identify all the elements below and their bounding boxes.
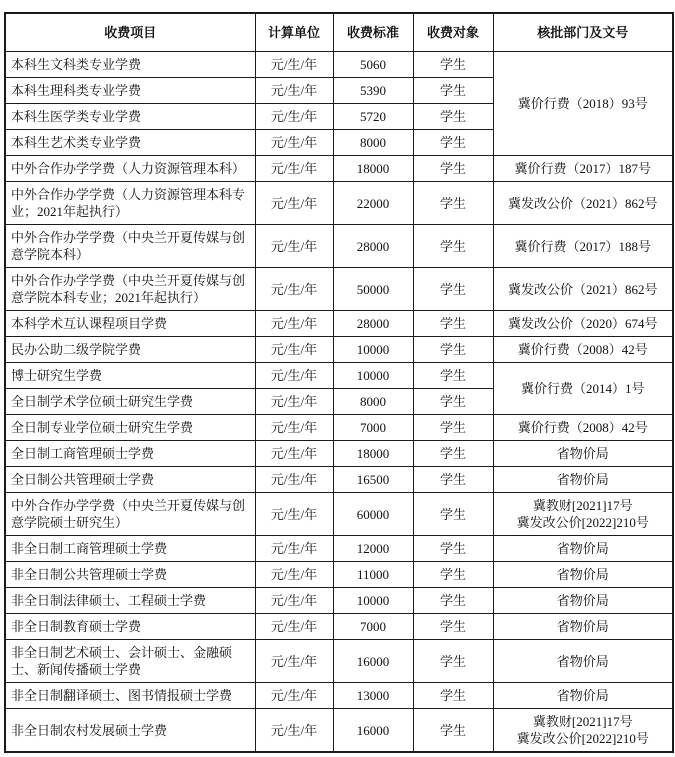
cell-approval: 冀发改公价（2020）674号 xyxy=(493,311,673,337)
cell-target: 学生 xyxy=(413,415,493,441)
cell-standard: 10000 xyxy=(333,588,413,614)
cell-approval: 省物价局 xyxy=(493,562,673,588)
cell-unit: 元/生/年 xyxy=(255,52,333,78)
cell-standard: 5720 xyxy=(333,104,413,130)
cell-standard: 11000 xyxy=(333,562,413,588)
cell-standard: 10000 xyxy=(333,363,413,389)
cell-target: 学生 xyxy=(413,156,493,182)
cell-target: 学生 xyxy=(413,182,493,225)
cell-unit: 元/生/年 xyxy=(255,709,333,753)
table-row: 非全日制法律硕士、工程硕士学费元/生/年10000学生省物价局 xyxy=(5,588,673,614)
cell-item: 本科生医学类专业学费 xyxy=(5,104,255,130)
cell-target: 学生 xyxy=(413,562,493,588)
cell-approval: 冀价行费（2008）42号 xyxy=(493,337,673,363)
cell-target: 学生 xyxy=(413,311,493,337)
cell-item: 本科学术互认课程项目学费 xyxy=(5,311,255,337)
cell-target: 学生 xyxy=(413,363,493,389)
cell-approval: 冀价行费（2008）42号 xyxy=(493,415,673,441)
cell-target: 学生 xyxy=(413,640,493,683)
cell-standard: 28000 xyxy=(333,311,413,337)
cell-unit: 元/生/年 xyxy=(255,363,333,389)
cell-target: 学生 xyxy=(413,493,493,536)
column-header-standard: 收费标准 xyxy=(333,13,413,52)
column-header-unit: 计算单位 xyxy=(255,13,333,52)
cell-target: 学生 xyxy=(413,78,493,104)
cell-item: 本科生文科类专业学费 xyxy=(5,52,255,78)
cell-target: 学生 xyxy=(413,52,493,78)
cell-item: 非全日制法律硕士、工程硕士学费 xyxy=(5,588,255,614)
cell-item: 博士研究生学费 xyxy=(5,363,255,389)
cell-item: 中外合作办学学费（中央兰开夏传媒与创意学院本科专业；2021年起执行） xyxy=(5,268,255,311)
cell-unit: 元/生/年 xyxy=(255,588,333,614)
cell-item: 非全日制教育硕士学费 xyxy=(5,614,255,640)
cell-unit: 元/生/年 xyxy=(255,156,333,182)
cell-item: 本科生理科类专业学费 xyxy=(5,78,255,104)
cell-target: 学生 xyxy=(413,130,493,156)
cell-unit: 元/生/年 xyxy=(255,337,333,363)
table-row: 中外合作办学学费（中央兰开夏传媒与创意学院本科专业；2021年起执行）元/生/年… xyxy=(5,268,673,311)
cell-target: 学生 xyxy=(413,588,493,614)
table-row: 全日制工商管理硕士学费元/生/年18000学生省物价局 xyxy=(5,441,673,467)
cell-unit: 元/生/年 xyxy=(255,536,333,562)
cell-target: 学生 xyxy=(413,614,493,640)
table-row: 非全日制工商管理硕士学费元/生/年12000学生省物价局 xyxy=(5,536,673,562)
cell-item: 全日制专业学位硕士研究生学费 xyxy=(5,415,255,441)
cell-standard: 5390 xyxy=(333,78,413,104)
cell-unit: 元/生/年 xyxy=(255,389,333,415)
table-row: 非全日制翻译硕士、图书情报硕士学费元/生/年13000学生省物价局 xyxy=(5,683,673,709)
cell-unit: 元/生/年 xyxy=(255,640,333,683)
header-row: 收费项目 计算单位 收费标准 收费对象 核批部门及文号 xyxy=(5,13,673,52)
cell-target: 学生 xyxy=(413,225,493,268)
cell-item: 非全日制翻译硕士、图书情报硕士学费 xyxy=(5,683,255,709)
cell-approval: 省物价局 xyxy=(493,536,673,562)
cell-unit: 元/生/年 xyxy=(255,78,333,104)
cell-standard: 60000 xyxy=(333,493,413,536)
column-header-target: 收费对象 xyxy=(413,13,493,52)
cell-standard: 8000 xyxy=(333,389,413,415)
cell-item: 中外合作办学学费（中央兰开夏传媒与创意学院本科） xyxy=(5,225,255,268)
cell-approval: 冀发改公价（2021）862号 xyxy=(493,268,673,311)
fee-table-header: 收费项目 计算单位 收费标准 收费对象 核批部门及文号 xyxy=(5,13,673,52)
column-header-item: 收费项目 xyxy=(5,13,255,52)
cell-item: 全日制公共管理硕士学费 xyxy=(5,467,255,493)
cell-unit: 元/生/年 xyxy=(255,225,333,268)
table-row: 非全日制农村发展硕士学费元/生/年16000学生冀教财[2021]17号 冀发改… xyxy=(5,709,673,753)
table-row: 中外合作办学学费（中央兰开夏传媒与创意学院硕士研究生）元/生/年60000学生冀… xyxy=(5,493,673,536)
cell-standard: 13000 xyxy=(333,683,413,709)
table-row: 非全日制艺术硕士、会计硕士、金融硕士、新闻传播硕士学费元/生/年16000学生省… xyxy=(5,640,673,683)
cell-unit: 元/生/年 xyxy=(255,493,333,536)
cell-target: 学生 xyxy=(413,683,493,709)
cell-approval: 省物价局 xyxy=(493,640,673,683)
cell-unit: 元/生/年 xyxy=(255,441,333,467)
cell-item: 中外合作办学学费（人力资源管理本科专业；2021年起执行） xyxy=(5,182,255,225)
cell-approval: 冀发改公价（2021）862号 xyxy=(493,182,673,225)
cell-item: 中外合作办学学费（人力资源管理本科） xyxy=(5,156,255,182)
cell-unit: 元/生/年 xyxy=(255,130,333,156)
cell-standard: 50000 xyxy=(333,268,413,311)
cell-standard: 7000 xyxy=(333,415,413,441)
cell-target: 学生 xyxy=(413,536,493,562)
table-row: 本科生文科类专业学费元/生/年5060学生冀价行费（2018）93号 xyxy=(5,52,673,78)
table-row: 本科学术互认课程项目学费元/生/年28000学生冀发改公价（2020）674号 xyxy=(5,311,673,337)
table-row: 中外合作办学学费（人力资源管理本科专业；2021年起执行）元/生/年22000学… xyxy=(5,182,673,225)
cell-target: 学生 xyxy=(413,337,493,363)
fee-table-body: 本科生文科类专业学费元/生/年5060学生冀价行费（2018）93号本科生理科类… xyxy=(5,52,673,753)
cell-standard: 16000 xyxy=(333,709,413,753)
cell-unit: 元/生/年 xyxy=(255,562,333,588)
cell-item: 非全日制农村发展硕士学费 xyxy=(5,709,255,753)
cell-item: 全日制工商管理硕士学费 xyxy=(5,441,255,467)
cell-standard: 16000 xyxy=(333,640,413,683)
cell-approval: 省物价局 xyxy=(493,683,673,709)
cell-target: 学生 xyxy=(413,709,493,753)
table-row: 全日制公共管理硕士学费元/生/年16500学生省物价局 xyxy=(5,467,673,493)
cell-standard: 28000 xyxy=(333,225,413,268)
cell-item: 中外合作办学学费（中央兰开夏传媒与创意学院硕士研究生） xyxy=(5,493,255,536)
cell-standard: 16500 xyxy=(333,467,413,493)
cell-standard: 18000 xyxy=(333,156,413,182)
cell-unit: 元/生/年 xyxy=(255,182,333,225)
cell-unit: 元/生/年 xyxy=(255,415,333,441)
column-header-approval: 核批部门及文号 xyxy=(493,13,673,52)
cell-unit: 元/生/年 xyxy=(255,311,333,337)
cell-approval: 省物价局 xyxy=(493,588,673,614)
cell-item: 民办公助二级学院学费 xyxy=(5,337,255,363)
cell-target: 学生 xyxy=(413,389,493,415)
cell-approval: 冀价行费（2018）93号 xyxy=(493,52,673,156)
cell-approval: 冀教财[2021]17号 冀发改公价[2022]210号 xyxy=(493,709,673,753)
cell-item: 本科生艺术类专业学费 xyxy=(5,130,255,156)
table-row: 民办公助二级学院学费元/生/年10000学生冀价行费（2008）42号 xyxy=(5,337,673,363)
cell-item: 非全日制艺术硕士、会计硕士、金融硕士、新闻传播硕士学费 xyxy=(5,640,255,683)
cell-approval: 冀价行费（2017）187号 xyxy=(493,156,673,182)
cell-target: 学生 xyxy=(413,441,493,467)
cell-standard: 10000 xyxy=(333,337,413,363)
page: 收费项目 计算单位 收费标准 收费对象 核批部门及文号 本科生文科类专业学费元/… xyxy=(0,0,675,757)
cell-target: 学生 xyxy=(413,104,493,130)
cell-approval: 冀教财[2021]17号 冀发改公价[2022]210号 xyxy=(493,493,673,536)
table-row: 中外合作办学学费（中央兰开夏传媒与创意学院本科）元/生/年28000学生冀价行费… xyxy=(5,225,673,268)
cell-item: 非全日制公共管理硕士学费 xyxy=(5,562,255,588)
table-row: 中外合作办学学费（人力资源管理本科）元/生/年18000学生冀价行费（2017）… xyxy=(5,156,673,182)
cell-standard: 12000 xyxy=(333,536,413,562)
cell-target: 学生 xyxy=(413,268,493,311)
cell-standard: 7000 xyxy=(333,614,413,640)
cell-unit: 元/生/年 xyxy=(255,467,333,493)
cell-target: 学生 xyxy=(413,467,493,493)
cell-standard: 8000 xyxy=(333,130,413,156)
cell-approval: 冀价行费（2014）1号 xyxy=(493,363,673,415)
cell-approval: 省物价局 xyxy=(493,441,673,467)
cell-unit: 元/生/年 xyxy=(255,104,333,130)
cell-standard: 22000 xyxy=(333,182,413,225)
table-row: 非全日制教育硕士学费元/生/年7000学生省物价局 xyxy=(5,614,673,640)
cell-standard: 18000 xyxy=(333,441,413,467)
cell-unit: 元/生/年 xyxy=(255,614,333,640)
table-row: 非全日制公共管理硕士学费元/生/年11000学生省物价局 xyxy=(5,562,673,588)
fee-table: 收费项目 计算单位 收费标准 收费对象 核批部门及文号 本科生文科类专业学费元/… xyxy=(4,12,674,753)
cell-unit: 元/生/年 xyxy=(255,268,333,311)
table-row: 全日制专业学位硕士研究生学费元/生/年7000学生冀价行费（2008）42号 xyxy=(5,415,673,441)
cell-approval: 省物价局 xyxy=(493,467,673,493)
cell-standard: 5060 xyxy=(333,52,413,78)
cell-approval: 冀价行费（2017）188号 xyxy=(493,225,673,268)
table-row: 博士研究生学费元/生/年10000学生冀价行费（2014）1号 xyxy=(5,363,673,389)
cell-approval: 省物价局 xyxy=(493,614,673,640)
cell-item: 全日制学术学位硕士研究生学费 xyxy=(5,389,255,415)
cell-unit: 元/生/年 xyxy=(255,683,333,709)
cell-item: 非全日制工商管理硕士学费 xyxy=(5,536,255,562)
